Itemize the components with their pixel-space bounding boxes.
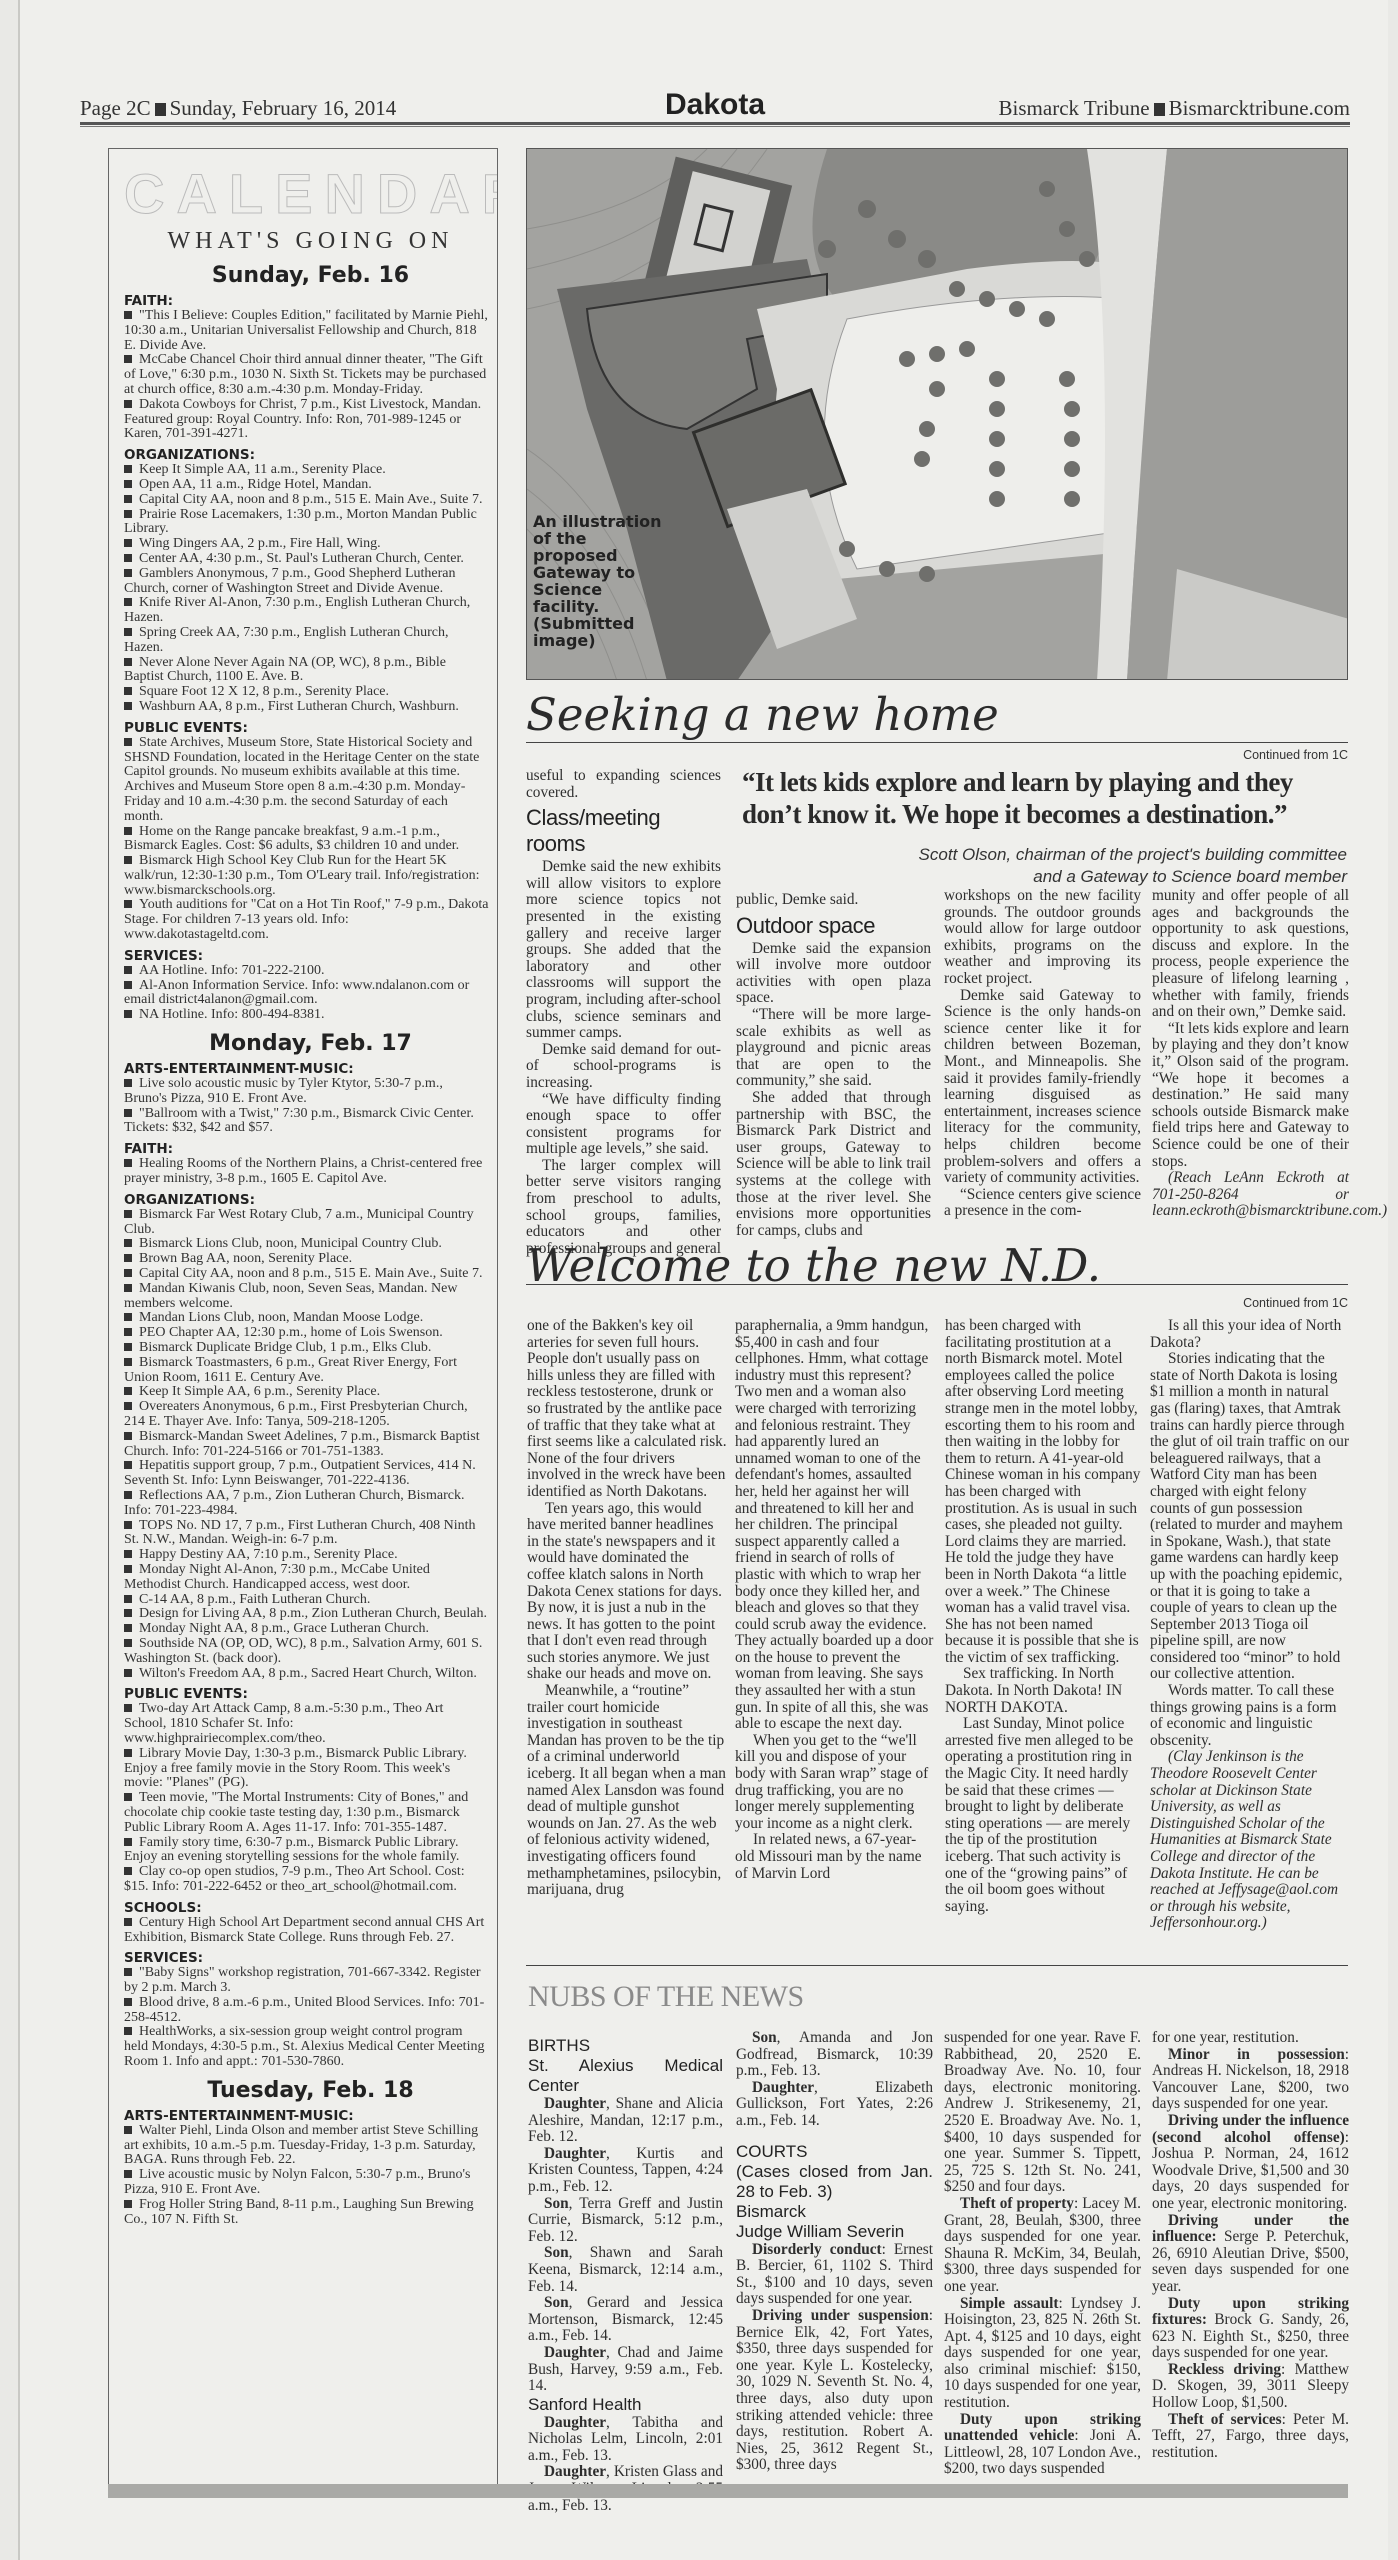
square-bullet-icon (124, 1343, 132, 1351)
square-bullet-icon (124, 1669, 132, 1677)
square-bullet-icon (124, 1968, 132, 1976)
square-bullet-icon (124, 1402, 132, 1410)
article-paragraphs: Is all this your idea of North Dakota?St… (1150, 1318, 1350, 1749)
calendar-day-heading: Monday, Feb. 17 (124, 1031, 497, 1056)
calendar-entry: Bismarck-Mandan Sweet Adelines, 7 p.m., … (124, 1430, 497, 1460)
article2-column-1: one of the Bakken's key oil arteries for… (527, 1318, 727, 1899)
calendar-entry: PEO Chapter AA, 12:30 p.m., home of Lois… (124, 1326, 497, 1341)
calendar-entry: C-14 AA, 8 p.m., Faith Lutheran Church. (124, 1593, 497, 1608)
square-bullet-icon (124, 1010, 132, 1018)
calendar-category: ORGANIZATIONS: (124, 447, 497, 463)
calendar-entry: Blood drive, 8 a.m.-6 p.m., United Blood… (124, 1996, 497, 2026)
square-bullet-icon (124, 480, 132, 488)
calendar-entry: Mandan Lions Club, noon, Mandan Moose Lo… (124, 1311, 497, 1326)
square-bullet-icon (124, 2027, 132, 2035)
square-bullet-icon (124, 981, 132, 989)
calendar-entry: Bismarck Toastmasters, 6 p.m., Great Riv… (124, 1356, 497, 1386)
nubs-column-1: BIRTHS St. Alexius Medical Center Daught… (528, 2030, 723, 2514)
square-bullet-icon (124, 1461, 132, 1469)
calendar-category: ORGANIZATIONS: (124, 1192, 497, 1208)
calendar-entry: Mandan Kiwanis Club, noon, Seven Seas, M… (124, 1282, 497, 1312)
court-case-entry: Duty upon striking unattended vehicle: J… (944, 2412, 1141, 2478)
square-bullet-icon (124, 702, 132, 710)
calendar-entry: McCabe Chancel Choir third annual dinner… (124, 353, 497, 397)
square-bullet-icon (124, 1609, 132, 1617)
article1-column-3: workshops on the new facility grounds. T… (944, 888, 1141, 1220)
paragraph: “It lets kids explore and learn by playi… (1152, 1021, 1349, 1170)
square-bullet-icon (124, 827, 132, 835)
courts-heading: COURTS (736, 2142, 933, 2162)
masthead: Page 2CSunday, February 16, 2014 Dakota … (80, 88, 1350, 124)
article1-column-2: public, Demke said. Outdoor space Demke … (736, 892, 931, 1239)
calendar-days: Sunday, Feb. 16FAITH:"This I Believe: Co… (124, 263, 497, 2227)
courts-date-range: (Cases closed from Jan. 28 to Feb. 3) (736, 2162, 933, 2202)
section-rule (526, 1965, 1348, 1966)
calendar-entry: Bismarck High School Key Club Run for th… (124, 854, 497, 898)
hospital-heading: St. Alexius Medical Center (528, 2056, 723, 2096)
square-bullet-icon (124, 1210, 132, 1218)
square-bullet-icon (124, 1867, 132, 1875)
square-bullet-icon (124, 1432, 132, 1440)
square-bullet-icon (124, 1387, 132, 1395)
calendar-entry: Two-day Art Attack Camp, 8 a.m.-5:30 p.m… (124, 1702, 497, 1746)
paragraph: one of the Bakken's key oil arteries for… (527, 1318, 727, 1501)
article2-column-4: Is all this your idea of North Dakota?St… (1150, 1318, 1350, 1932)
square-bullet-icon (124, 628, 132, 636)
hospital-heading: Sanford Health (528, 2395, 723, 2415)
paragraph: Words matter. To call these things growi… (1150, 1683, 1350, 1749)
calendar-entry: Design for Living AA, 8 p.m., Zion Luthe… (124, 1607, 497, 1622)
calendar-category: SERVICES: (124, 948, 497, 964)
paragraph: Ten years ago, this would have merited b… (527, 1501, 727, 1684)
paragraph: Sex trafficking. In North Dakota. In Nor… (945, 1666, 1145, 1716)
calendar-entry: "This I Believe: Couples Edition," facil… (124, 309, 497, 353)
birth-entry: Daughter, Tabitha and Nicholas Lelm, Lin… (528, 2415, 723, 2465)
reporter-signoff: (Reach LeAnn Eckroth at 701-250-8264 or … (1152, 1170, 1349, 1220)
calendar-entry: Capital City AA, noon and 8 p.m., 515 E.… (124, 493, 497, 508)
square-bullet-icon (124, 1639, 132, 1647)
calendar-entry: AA Hotline. Info: 701-222-2100. (124, 964, 497, 979)
square-bullet-icon (124, 1109, 132, 1117)
calendar-entry: Monday Night AA, 8 p.m., Grace Lutheran … (124, 1622, 497, 1637)
calendar-entry: Clay co-op open studios, 7-9 p.m., Theo … (124, 1865, 497, 1895)
square-bullet-icon (124, 554, 132, 562)
calendar-entry: "Ballroom with a Twist," 7:30 p.m., Bism… (124, 1107, 497, 1137)
calendar-entry: Family story time, 6:30-7 p.m., Bismarck… (124, 1836, 497, 1866)
paragraph: Is all this your idea of North Dakota? (1150, 1318, 1350, 1351)
square-bullet-icon (124, 311, 132, 319)
headline-seeking-a-new-home: Seeking a new home (526, 688, 999, 742)
pull-quote: “It lets kids explore and learn by playi… (742, 766, 1347, 830)
paragraph: has been charged with facilitating prost… (945, 1318, 1145, 1666)
calendar-day-heading: Tuesday, Feb. 18 (124, 2078, 497, 2103)
calendar-entry: Al-Anon Information Service. Info: www.n… (124, 979, 497, 1009)
paragraph: “Science centers give science a presence… (944, 1187, 1141, 1220)
court-case-entry: Duty upon striking fixtures: Brock G. Sa… (1152, 2296, 1349, 2362)
square-bullet-icon (124, 1239, 132, 1247)
calendar-entry: Dakota Cowboys for Christ, 7 p.m., Kist … (124, 398, 497, 442)
article2-column-2: paraphernalia, a 9mm handgun, $5,400 in … (735, 1318, 935, 1882)
calendar-entry: "Baby Signs" workshop registration, 701-… (124, 1966, 497, 1996)
square-bullet-icon (124, 2126, 132, 2134)
calendar-entry: TOPS No. ND 17, 7 p.m., First Lutheran C… (124, 1519, 497, 1549)
birth-list: Son, Amanda and Jon Godfread, Bismarck, … (736, 2030, 933, 2130)
paragraph: paraphernalia, a 9mm handgun, $5,400 in … (735, 1318, 935, 1733)
author-bio: (Clay Jenkinson is the Theodore Roosevel… (1150, 1749, 1350, 1932)
square-bullet-icon (124, 1595, 132, 1603)
article-paragraphs: has been charged with facilitating prost… (945, 1318, 1145, 1915)
paragraph: When you get to the “we'll kill you and … (735, 1733, 935, 1833)
calendar-entry: Live solo acoustic music by Tyler Ktytor… (124, 1077, 497, 1107)
calendar-entry: Monday Night Al-Anon, 7:30 p.m., McCabe … (124, 1563, 497, 1593)
calendar-entry: Gamblers Anonymous, 7 p.m., Good Shepher… (124, 567, 497, 597)
article-paragraphs: Demke said the new exhibits will allow v… (526, 859, 721, 1257)
subhead-outdoor-space: Outdoor space (736, 913, 931, 939)
article-paragraphs: workshops on the new facility grounds. T… (944, 888, 1141, 1220)
calendar-entry: Youth auditions for "Cat on a Hot Tin Ro… (124, 898, 497, 942)
calendar-entry: Prairie Rose Lacemakers, 1:30 p.m., Mort… (124, 508, 497, 538)
calendar-entry: Walter Piehl, Linda Olson and member art… (124, 2124, 497, 2168)
calendar-entry: Southside NA (OP, OD, WC), 8 p.m., Salva… (124, 1637, 497, 1667)
nubs-column-4: for one year, restitution.Minor in posse… (1152, 2030, 1349, 2461)
calendar-entry: Happy Destiny AA, 7:10 p.m., Serenity Pl… (124, 1548, 497, 1563)
birth-entry: Daughter, Kurtis and Kristen Countess, T… (528, 2146, 723, 2196)
courts-city: Bismarck (736, 2202, 933, 2222)
nubs-column-3: suspended for one year. Rave F. Rabbithe… (944, 2030, 1141, 2478)
square-bullet-icon (124, 687, 132, 695)
paragraph: munity and offer people of all ages and … (1152, 888, 1349, 1021)
masthead-rule (80, 122, 1350, 127)
calendar-entry: NA Hotline. Info: 800-494-8381. (124, 1008, 497, 1023)
calendar-day-heading: Sunday, Feb. 16 (124, 263, 497, 288)
article-paragraphs: munity and offer people of all ages and … (1152, 888, 1349, 1170)
calendar-entry: Wing Dingers AA, 2 p.m., Fire Hall, Wing… (124, 537, 497, 552)
article2-column-3: has been charged with facilitating prost… (945, 1318, 1145, 1915)
court-case-list: suspended for one year. Rave F. Rabbithe… (944, 2030, 1141, 2478)
calendar-entry: Teen movie, "The Mortal Instruments: Cit… (124, 1791, 497, 1835)
article-paragraphs: paraphernalia, a 9mm handgun, $5,400 in … (735, 1318, 935, 1882)
birth-list: Daughter, Tabitha and Nicholas Lelm, Lin… (528, 2415, 723, 2515)
court-case-entry: Theft of services: Peter M. Tefft, 27, F… (1152, 2412, 1349, 2462)
square-bullet-icon (124, 1491, 132, 1499)
court-case-entry: Driving under the influence (second alco… (1152, 2113, 1349, 2213)
square-bullet-icon (124, 1079, 132, 1087)
continued-from-label: Continued from 1C (1243, 748, 1348, 762)
court-case-entry: Minor in possession: Andreas H. Nickelso… (1152, 2047, 1349, 2113)
calendar-entry: Square Foot 12 X 12, 8 p.m., Serenity Pl… (124, 685, 497, 700)
square-bullet-icon (124, 1838, 132, 1846)
square-bullet-icon (124, 2170, 132, 2178)
calendar-entry: Brown Bag AA, noon, Serenity Place. (124, 1252, 497, 1267)
courts-judge: Judge William Severin (736, 2222, 933, 2242)
paper-website: Bismarcktribune.com (1169, 96, 1350, 120)
square-bullet-icon (124, 1521, 132, 1529)
square-bullet-icon (124, 1159, 132, 1167)
square-bullet-icon (124, 495, 132, 503)
square-bullet-icon (124, 1269, 132, 1277)
square-bullet-icon (124, 1793, 132, 1801)
birth-entry: Son, Amanda and Jon Godfread, Bismarck, … (736, 2030, 933, 2080)
square-bullet-icon (124, 569, 132, 577)
birth-entry: Daughter, Shane and Alicia Aleshire, Man… (528, 2096, 723, 2146)
calendar-entry: Live acoustic music by Nolyn Falcon, 5:3… (124, 2168, 497, 2198)
subhead-class-meeting-rooms: Class/meeting rooms (526, 805, 721, 857)
square-bullet-icon (124, 1328, 132, 1336)
calendar-entry: Capital City AA, noon and 8 p.m., 515 E.… (124, 1267, 497, 1282)
square-bullet-icon (124, 1284, 132, 1292)
birth-entry: Daughter, Chad and Jaime Bush, Harvey, 9… (528, 2345, 723, 2395)
court-case-list: Disorderly conduct: Ernest B. Bercier, 6… (736, 2242, 933, 2474)
calendar-category: SCHOOLS: (124, 1900, 497, 1916)
births-heading: BIRTHS (528, 2036, 723, 2056)
square-bullet-icon (124, 2200, 132, 2208)
calendar-category: PUBLIC EVENTS: (124, 720, 497, 736)
calendar-box: CALENDAR WHAT'S GOING ON Sunday, Feb. 16… (108, 148, 498, 2488)
masthead-paper: Bismarck TribuneBismarcktribune.com (999, 96, 1350, 121)
calendar-subtitle: WHAT'S GOING ON (124, 228, 497, 255)
pull-quote-attribution: Scott Olson, chairman of the project's b… (742, 844, 1347, 888)
calendar-title: CALENDAR (124, 161, 497, 226)
court-case-entry: Disorderly conduct: Ernest B. Bercier, 6… (736, 2242, 933, 2308)
calendar-entry: Frog Holler String Band, 8-11 p.m., Laug… (124, 2198, 497, 2228)
article-text: public, Demke said. (736, 892, 931, 909)
calendar-entry: Wilton's Freedom AA, 8 p.m., Sacred Hear… (124, 1667, 497, 1682)
square-bullet-icon (124, 1749, 132, 1757)
calendar-entry: HealthWorks, a six-session group weight … (124, 2025, 497, 2069)
paragraph: Demke said demand for out-of school-prog… (526, 1042, 721, 1092)
article-paragraphs: Demke said the expansion will involve mo… (736, 941, 931, 1240)
calendar-entry: Bismarck Lions Club, noon, Municipal Cou… (124, 1237, 497, 1252)
birth-entry: Daughter, Elizabeth Gullickson, Fort Yat… (736, 2080, 933, 2130)
calendar-entry: Library Movie Day, 1:30-3 p.m., Bismarck… (124, 1747, 497, 1791)
article1-column-1: useful to expanding sciences covered. Cl… (526, 768, 721, 1257)
calendar-entry: Home on the Range pancake breakfast, 9 a… (124, 825, 497, 855)
court-case-entry: suspended for one year. Rave F. Rabbithe… (944, 2030, 1141, 2196)
paragraph: Demke said Gateway to Science is the onl… (944, 988, 1141, 1187)
birth-entry: Son, Terra Greff and Justin Currie, Bism… (528, 2196, 723, 2246)
court-case-entry: for one year, restitution. (1152, 2030, 1349, 2047)
calendar-entry: Open AA, 11 a.m., Ridge Hotel, Mandan. (124, 478, 497, 493)
square-bullet-icon (124, 1624, 132, 1632)
article-text: useful to expanding sciences covered. (526, 768, 721, 801)
court-case-entry: Theft of property: Lacey M. Grant, 28, B… (944, 2196, 1141, 2296)
square-bullet-icon (124, 465, 132, 473)
calendar-entry: Hepatitis support group, 7 p.m., Outpati… (124, 1459, 497, 1489)
square-bullet-icon (124, 355, 132, 363)
court-case-entry: Reckless driving: Matthew D. Skogen, 39,… (1152, 2362, 1349, 2412)
square-bullet-icon (124, 1313, 132, 1321)
paper-name: Bismarck Tribune (999, 96, 1150, 120)
court-case-list: for one year, restitution.Minor in posse… (1152, 2030, 1349, 2461)
calendar-entry: Keep It Simple AA, 11 a.m., Serenity Pla… (124, 463, 497, 478)
paragraph: “There will be more large-scale exhibits… (736, 1007, 931, 1090)
site-plan-illustration: An illustration of the proposed Gateway … (526, 148, 1348, 680)
calendar-entry: Bismarck Far West Rotary Club, 7 a.m., M… (124, 1208, 497, 1238)
headline-rule (526, 1284, 1348, 1285)
square-bullet-icon (124, 1550, 132, 1558)
calendar-entry: Never Alone Never Again NA (OP, WC), 8 p… (124, 656, 497, 686)
calendar-entry: Center AA, 4:30 p.m., St. Paul's Luthera… (124, 552, 497, 567)
attribution-line: and a Gateway to Science board member (742, 866, 1347, 888)
birth-list: Daughter, Shane and Alicia Aleshire, Man… (528, 2096, 723, 2395)
calendar-category: PUBLIC EVENTS: (124, 1686, 497, 1702)
square-bullet-icon (124, 1918, 132, 1926)
square-bullet-icon (124, 1998, 132, 2006)
paragraph: workshops on the new facility grounds. T… (944, 888, 1141, 988)
paragraph: Demke said the new exhibits will allow v… (526, 859, 721, 1042)
square-bullet-icon (1154, 103, 1165, 116)
calendar-entry: Century High School Art Department secon… (124, 1916, 497, 1946)
paragraph: “We have difficulty finding enough space… (526, 1092, 721, 1158)
square-bullet-icon (124, 1358, 132, 1366)
square-bullet-icon (124, 900, 132, 908)
square-bullet-icon (124, 1565, 132, 1573)
square-bullet-icon (124, 598, 132, 606)
square-bullet-icon (124, 738, 132, 746)
paragraph: In related news, a 67-year-old Missouri … (735, 1832, 935, 1882)
square-bullet-icon (124, 539, 132, 547)
article-paragraphs: one of the Bakken's key oil arteries for… (527, 1318, 727, 1899)
calendar-category: FAITH: (124, 1141, 497, 1157)
court-case-entry: Driving under suspension: Bernice Elk, 4… (736, 2308, 933, 2474)
calendar-entry: Spring Creek AA, 7:30 p.m., English Luth… (124, 626, 497, 656)
paragraph: Last Sunday, Minot police arrested five … (945, 1716, 1145, 1915)
birth-entry: Son, Shawn and Sarah Keena, Bismarck, 12… (528, 2245, 723, 2295)
calendar-entry: Washburn AA, 8 p.m., First Lutheran Chur… (124, 700, 497, 715)
square-bullet-icon (124, 966, 132, 974)
paragraph: She added that through partnership with … (736, 1090, 931, 1239)
continued-from-label: Continued from 1C (1243, 1296, 1348, 1310)
bottom-rule-bar (108, 2484, 1348, 2498)
square-bullet-icon (124, 856, 132, 864)
calendar-category: ARTS-ENTERTAINMENT-MUSIC: (124, 1061, 497, 1077)
attribution-line: Scott Olson, chairman of the project's b… (742, 844, 1347, 866)
square-bullet-icon (124, 400, 132, 408)
calendar-entry: State Archives, Museum Store, State Hist… (124, 736, 497, 825)
nubs-of-the-news-title: NUBS OF THE NEWS (528, 1980, 804, 2014)
court-case-entry: Simple assault: Lyndsey J. Hoisington, 2… (944, 2296, 1141, 2412)
paragraph: Meanwhile, a “routine” trailer court hom… (527, 1683, 727, 1899)
calendar-category: ARTS-ENTERTAINMENT-MUSIC: (124, 2108, 497, 2124)
square-bullet-icon (124, 1704, 132, 1712)
paragraph: Stories indicating that the state of Nor… (1150, 1351, 1350, 1683)
square-bullet-icon (124, 658, 132, 666)
article1-column-4: munity and offer people of all ages and … (1152, 888, 1349, 1220)
calendar-entry: Healing Rooms of the Northern Plains, a … (124, 1157, 497, 1187)
calendar-entry: Keep It Simple AA, 6 p.m., Serenity Plac… (124, 1385, 497, 1400)
paragraph: Demke said the expansion will involve mo… (736, 941, 931, 1007)
court-case-entry: Driving under the influence: Serge P. Pe… (1152, 2213, 1349, 2296)
calendar-entry: Bismarck Duplicate Bridge Club, 1 p.m., … (124, 1341, 497, 1356)
calendar-entry: Overeaters Anonymous, 6 p.m., First Pres… (124, 1400, 497, 1430)
square-bullet-icon (124, 510, 132, 518)
calendar-category: FAITH: (124, 293, 497, 309)
headline-rule (526, 742, 1348, 743)
illustration-caption: An illustration of the proposed Gateway … (533, 513, 663, 649)
nubs-column-2: Son, Amanda and Jon Godfread, Bismarck, … (736, 2030, 933, 2474)
calendar-category: SERVICES: (124, 1950, 497, 1966)
birth-entry: Son, Gerard and Jessica Mortenson, Bisma… (528, 2295, 723, 2345)
calendar-entry: Reflections AA, 7 p.m., Zion Lutheran Ch… (124, 1489, 497, 1519)
square-bullet-icon (124, 1254, 132, 1262)
calendar-entry: Knife River Al-Anon, 7:30 p.m., English … (124, 596, 497, 626)
